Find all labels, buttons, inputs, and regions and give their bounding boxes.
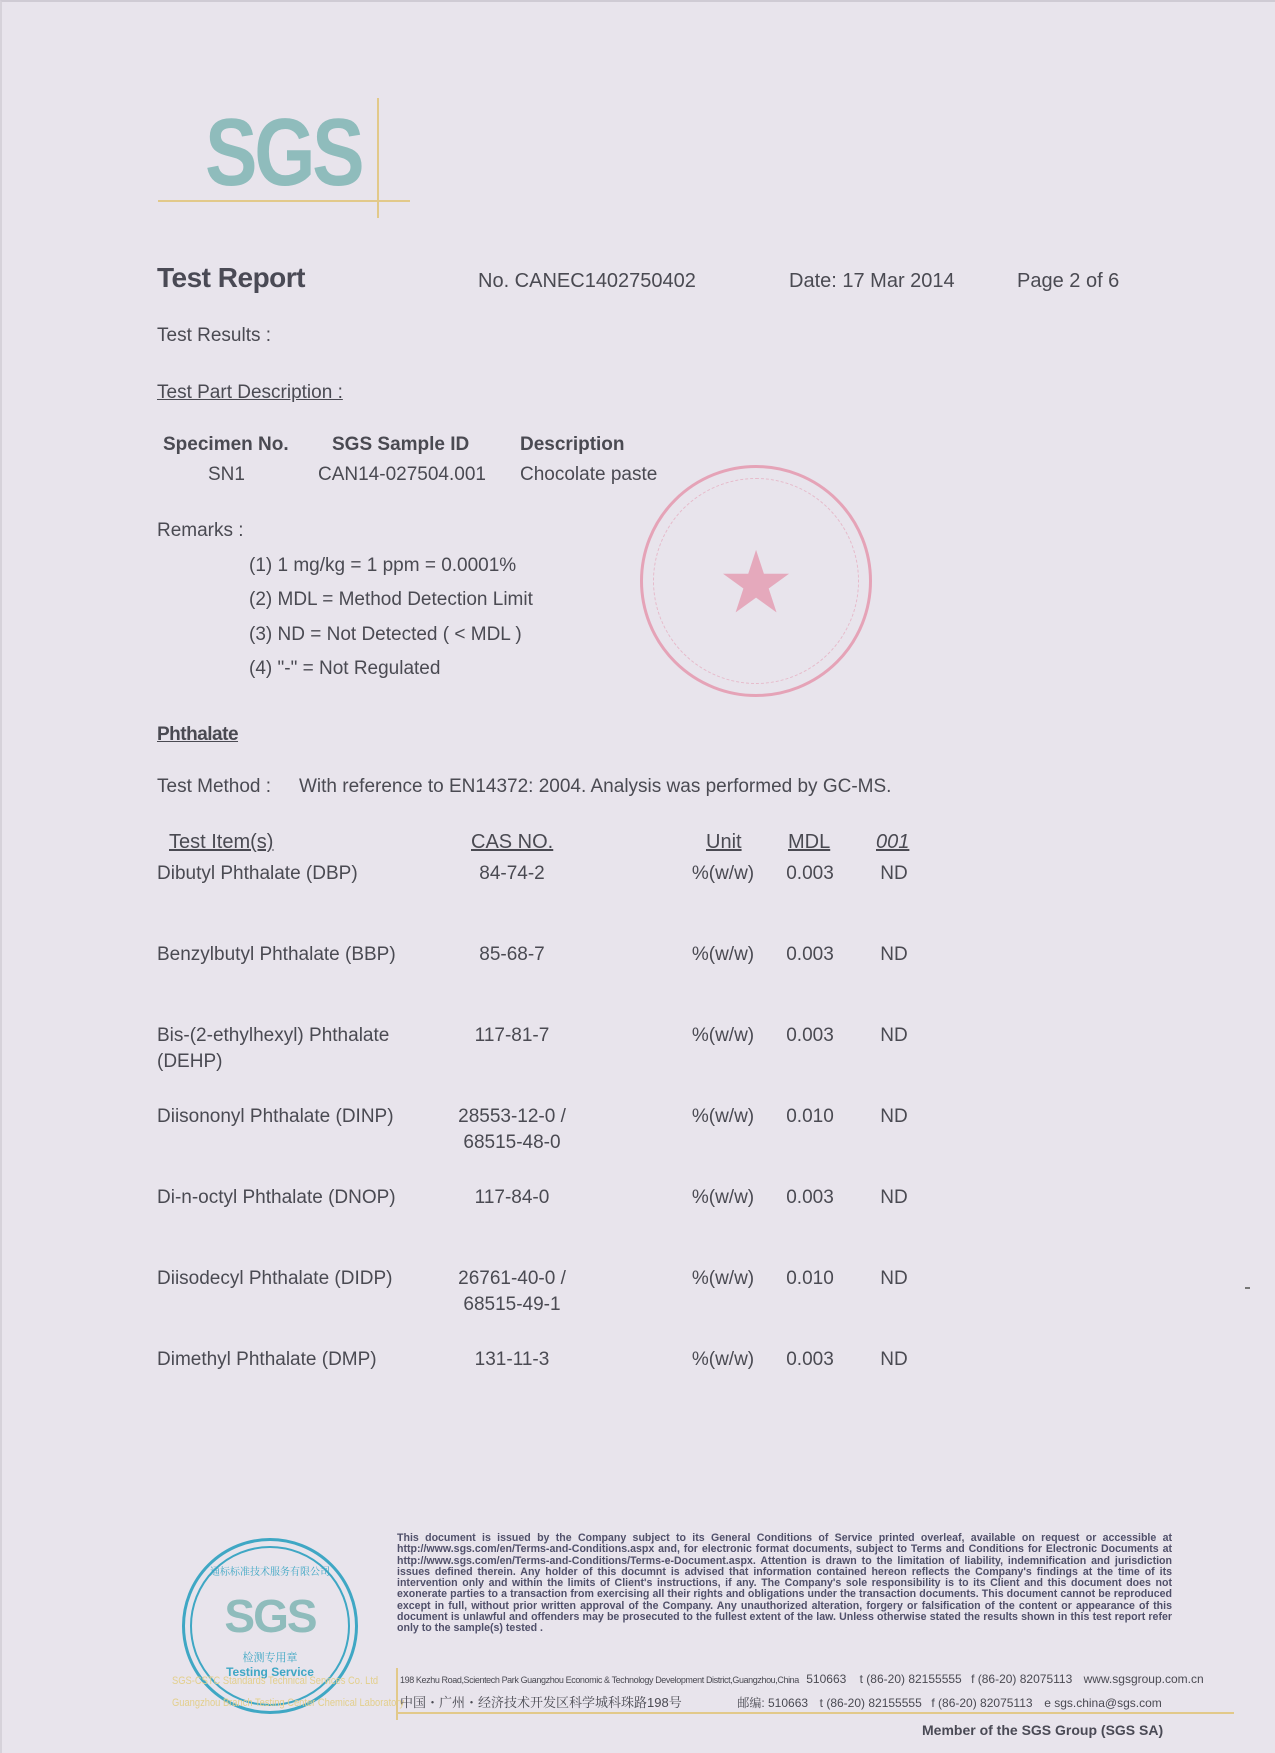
cell-item: Dibutyl Phthalate (DBP): [157, 861, 358, 887]
description-value: Chocolate paste: [520, 464, 657, 486]
cell-result: ND: [814, 1104, 974, 1130]
cell-item: Dimethyl Phthalate (DMP): [157, 1347, 377, 1373]
cell-cas: 117-81-7: [432, 1023, 592, 1049]
cell-cas: 131-11-3: [432, 1347, 592, 1373]
col-description: Description: [520, 434, 625, 456]
cell-item: Diisononyl Phthalate (DINP): [157, 1104, 394, 1130]
test-results-label: Test Results :: [157, 325, 271, 347]
col-sample-id: SGS Sample ID: [332, 434, 469, 456]
fax: f (86-20) 82075113: [971, 1672, 1072, 1686]
test-method-label: Test Method :: [157, 776, 271, 798]
cell-result: ND: [814, 1185, 974, 1211]
company-stamp: ★: [640, 465, 872, 697]
report-title: Test Report: [157, 262, 305, 294]
specimen-no-value: SN1: [208, 464, 245, 486]
legal-disclaimer: This document is issued by the Company s…: [397, 1533, 1172, 1635]
th-cas-no: CAS NO.: [471, 831, 553, 854]
th-unit: Unit: [706, 831, 742, 854]
remarks-label: Remarks :: [157, 520, 244, 542]
cell-cas: 84-74-2: [432, 861, 592, 887]
cell-result: ND: [814, 861, 974, 887]
fax: f (86-20) 82075113: [931, 1696, 1032, 1710]
th-sample-001: 001: [876, 831, 909, 854]
col-specimen-no: Specimen No.: [163, 434, 289, 456]
cell-cas: 85-68-7: [432, 942, 592, 968]
test-method-text: With reference to EN14372: 2004. Analysi…: [299, 776, 891, 798]
logo-rule-vertical: [377, 98, 379, 218]
star-icon: ★: [643, 540, 869, 626]
th-mdl: MDL: [788, 831, 830, 854]
section-title: Phthalate: [157, 724, 238, 746]
telephone: t (86-20) 82155555: [820, 1696, 922, 1710]
company-name-block: SGS-CSTC Standards Technical Services Co…: [172, 1670, 404, 1714]
seal-cn-label: 检测专用章: [185, 1649, 355, 1665]
cell-cas: 26761-40-0 /: [432, 1266, 592, 1292]
postcode-en: 510663: [806, 1672, 846, 1686]
sgs-logo: SGS: [205, 105, 361, 201]
cell-result: ND: [814, 942, 974, 968]
scan-mark: [1245, 1287, 1250, 1289]
address-line-cn: 中国・广州・经济技术开发区科学城科珠路198号 邮编: 510663 t (86…: [400, 1692, 1162, 1711]
cell-result: ND: [814, 1023, 974, 1049]
cell-item: Di-n-octyl Phthalate (DNOP): [157, 1185, 396, 1211]
cell-cas-cont: 68515-48-0: [432, 1130, 592, 1156]
logo-rule-horizontal: [158, 200, 410, 202]
address-line-en: 198 Kezhu Road,Scientech Park Guangzhou …: [400, 1672, 1204, 1686]
cell-item: Benzylbutyl Phthalate (BBP): [157, 942, 396, 968]
cell-item: Diisodecyl Phthalate (DIDP): [157, 1266, 392, 1292]
cell-cas-cont: 68515-49-1: [432, 1292, 592, 1318]
part-description-heading: Test Part Description :: [157, 382, 343, 404]
company-line: Guangzhou Branch Testing Center Chemical…: [172, 1692, 404, 1714]
postcode-cn: 邮编: 510663: [737, 1696, 808, 1710]
th-test-item: Test Item(s): [169, 831, 273, 854]
member-statement: Member of the SGS Group (SGS SA): [922, 1722, 1163, 1738]
address-rule-horizontal: [396, 1712, 1234, 1714]
cell-item-cont: (DEHP): [157, 1049, 222, 1075]
report-date: Date: 17 Mar 2014: [789, 270, 955, 293]
email-link[interactable]: e sgs.china@sgs.com: [1044, 1696, 1162, 1710]
seal-ring-text: 通标标准技术服务有限公司: [185, 1563, 355, 1578]
remark-item: (4) "-" = Not Regulated: [249, 658, 440, 680]
cell-result: ND: [814, 1347, 974, 1373]
company-line: SGS-CSTC Standards Technical Services Co…: [172, 1670, 404, 1692]
remark-item: (2) MDL = Method Detection Limit: [249, 589, 533, 611]
cell-result: ND: [814, 1266, 974, 1292]
sample-id-value: CAN14-027504.001: [318, 464, 486, 486]
address-cn: 中国・广州・经济技术开发区科学城科珠路198号: [400, 1695, 682, 1710]
website-link[interactable]: www.sgsgroup.com.cn: [1084, 1672, 1204, 1686]
cell-cas: 117-84-0: [432, 1185, 592, 1211]
cell-cas: 28553-12-0 /: [432, 1104, 592, 1130]
page-indicator: Page 2 of 6: [1017, 270, 1119, 293]
telephone: t (86-20) 82155555: [860, 1672, 962, 1686]
seal-sgs-logo: SGS: [185, 1589, 355, 1643]
report-number: No. CANEC1402750402: [478, 270, 696, 293]
remark-item: (1) 1 mg/kg = 1 ppm = 0.0001%: [249, 555, 516, 577]
cell-item: Bis-(2-ethylhexyl) Phthalate: [157, 1023, 389, 1049]
remark-item: (3) ND = Not Detected ( < MDL ): [249, 624, 522, 646]
address-en: 198 Kezhu Road,Scientech Park Guangzhou …: [400, 1675, 799, 1685]
